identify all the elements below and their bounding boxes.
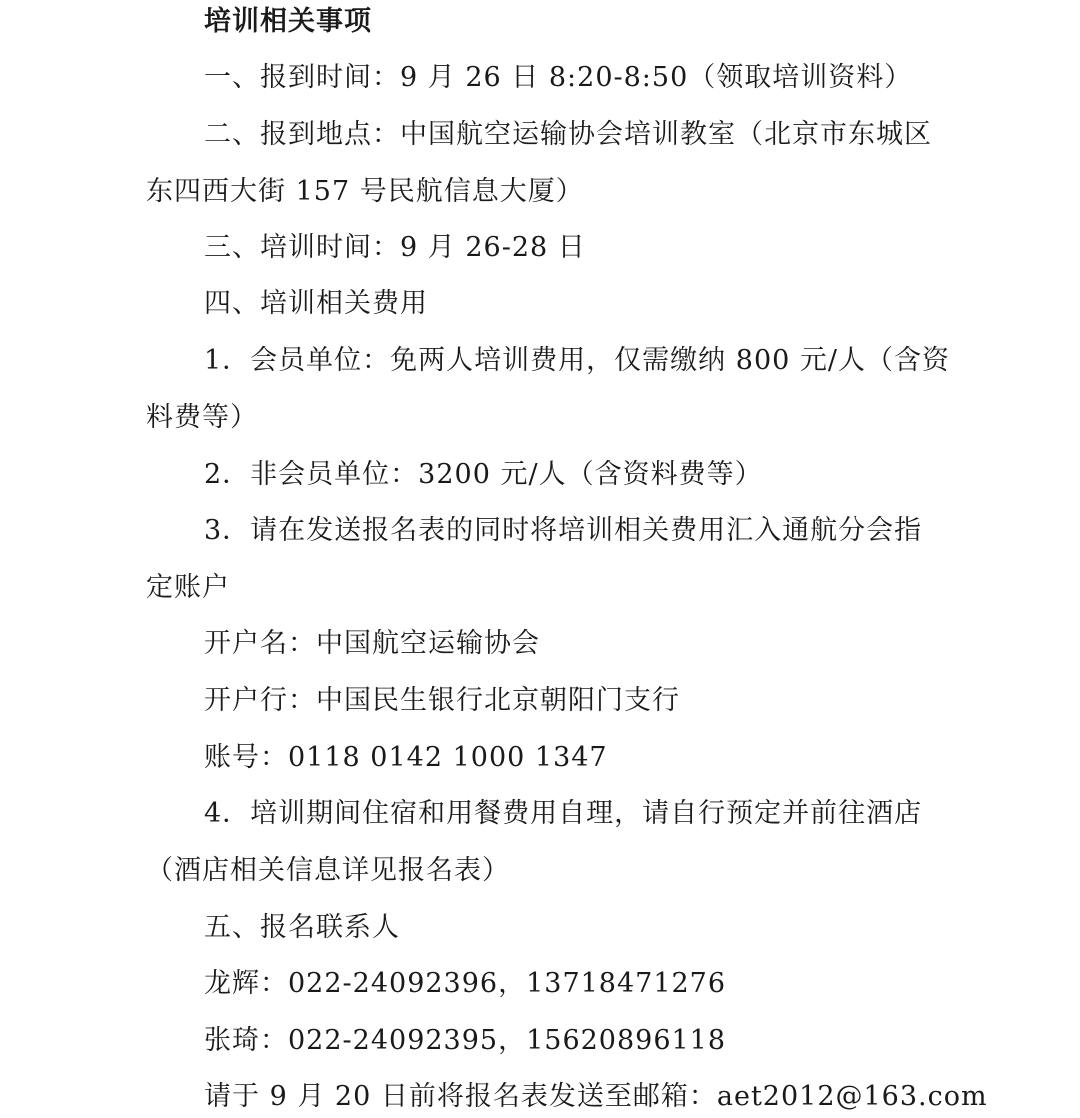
account-number: 账号：0118 0142 1000 1347 <box>204 740 608 776</box>
fee-member: 1．会员单位：免两人培训费用，仅需缴纳 800 元/人（含资 <box>204 343 950 379</box>
accommodation-note: 4．培训期间住宿和用餐费用自理，请自行预定并前往酒店 <box>204 796 922 832</box>
fee-payment-instruction: 3．请在发送报名表的同时将培训相关费用汇入通航分会指 <box>204 513 922 549</box>
document-title: 培训相关事项 <box>204 4 372 40</box>
item-training-fees-heading: 四、培训相关费用 <box>204 286 428 322</box>
account-name: 开户名：中国航空运输协会 <box>204 626 540 662</box>
fee-payment-instruction-cont: 定账户 <box>146 570 230 606</box>
item-registration-location-cont: 东四西大街 157 号民航信息大厦） <box>146 174 584 210</box>
item-registration-time: 一、报到时间：9 月 26 日 8:20-8:50（领取培训资料） <box>204 60 912 96</box>
contact-zhang-qi: 张琦：022-24092395，15620896118 <box>204 1023 726 1059</box>
accommodation-note-cont: （酒店相关信息详见报名表） <box>146 853 510 889</box>
fee-member-cont: 料费等） <box>146 400 258 436</box>
contact-long-hui: 龙辉：022-24092396，13718471276 <box>204 966 726 1002</box>
email-submission-note: 请于 9 月 20 日前将报名表发送至邮箱：aet2012@163.com <box>204 1079 988 1115</box>
item-registration-location: 二、报到地点：中国航空运输协会培训教室（北京市东城区 <box>204 117 932 153</box>
fee-non-member: 2．非会员单位：3200 元/人（含资料费等） <box>204 457 763 493</box>
item-training-time: 三、培训时间：9 月 26-28 日 <box>204 230 586 266</box>
account-bank: 开户行：中国民生银行北京朝阳门支行 <box>204 683 680 719</box>
contacts-heading: 五、报名联系人 <box>204 910 400 946</box>
